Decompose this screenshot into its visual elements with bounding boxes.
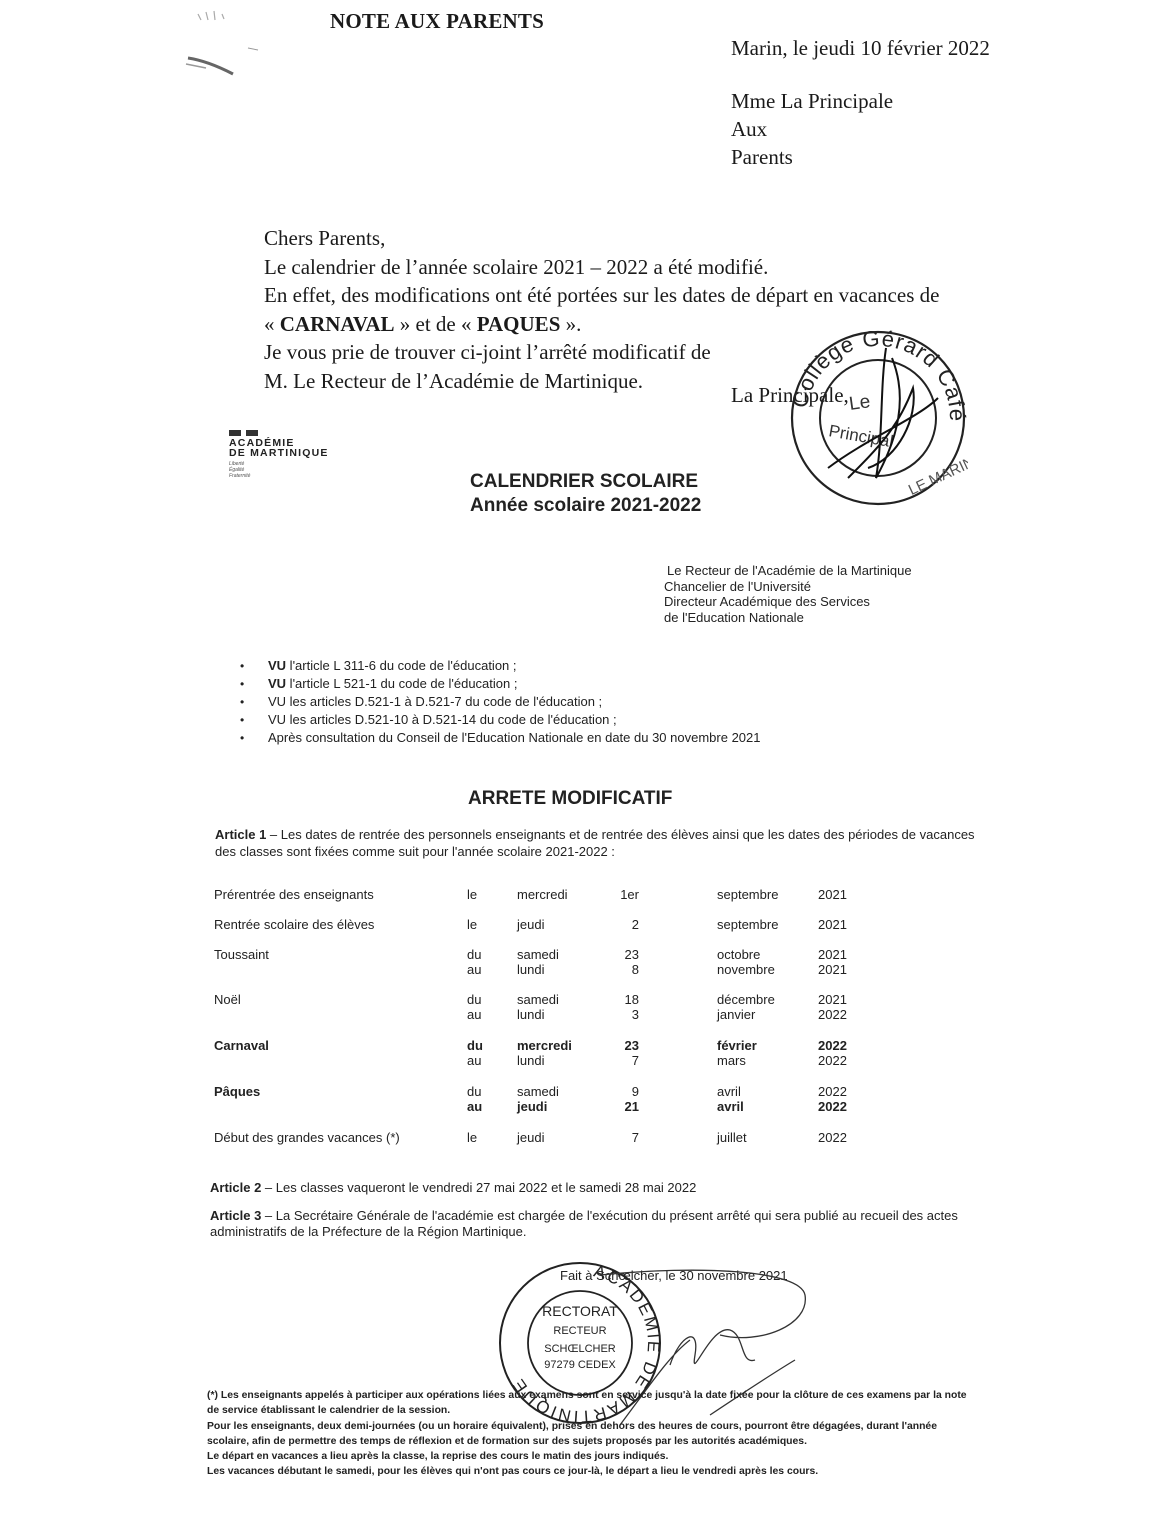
calendar-cell-prep: au [467, 1099, 482, 1114]
recteur-line: de l'Education Nationale [664, 610, 912, 626]
svg-text:Le: Le [848, 391, 872, 415]
calendar-cell-month: avril [717, 1084, 741, 1099]
calendar-cell-day: samedi [517, 947, 559, 962]
footnote: Le départ en vacances a lieu après la cl… [207, 1449, 977, 1464]
footnotes: (*) Les enseignants appelés à participer… [207, 1388, 977, 1480]
article-label: Article 2 [210, 1180, 261, 1195]
svg-text:Collège Gérard Café: Collège Gérard Café [788, 328, 968, 422]
calendar-cell-prep: au [467, 962, 481, 977]
carnaval-emphasis: CARNAVAL [280, 312, 395, 336]
salutation: Chers Parents, [264, 224, 939, 253]
letter-date: Marin, le jeudi 10 février 2022 [731, 36, 990, 61]
calendar-row: aulundi8novembre2021 [214, 962, 874, 978]
calendar-cell-label: Toussaint [214, 947, 269, 962]
calendar-cell-month: juillet [717, 1130, 747, 1145]
calendar-cell-day: jeudi [517, 1130, 544, 1145]
calendar-cell-month: janvier [717, 1007, 755, 1022]
calendar-row: aujeudi21avril2022 [214, 1099, 874, 1115]
logo-motto: Liberté Égalité Fraternité [229, 461, 329, 479]
vu-keyword: VU [268, 676, 286, 691]
calendar-cell-day: jeudi [517, 917, 544, 932]
calendar-cell-label: Pâques [214, 1084, 260, 1099]
calendar-row: Pâquesdusamedi9avril2022 [214, 1084, 874, 1100]
calendar-cell-num: 3 [609, 1007, 639, 1022]
calendar-cell-year: 2021 [818, 917, 847, 932]
calendar-cell-day: lundi [517, 962, 544, 977]
footnote: Pour les enseignants, deux demi-journées… [207, 1419, 977, 1450]
paques-emphasis: PAQUES [477, 312, 561, 336]
calendar-header: CALENDRIER SCOLAIRE Année scolaire 2021-… [470, 470, 701, 518]
calendar-cell-num: 2 [609, 917, 639, 932]
calendar-cell-month: décembre [717, 992, 775, 1007]
calendar-title: CALENDRIER SCOLAIRE [470, 470, 701, 494]
article-text: – La Secrétaire Générale de l'académie e… [210, 1208, 958, 1239]
calendar-row: Rentrée scolaire des élèveslejeudi2septe… [214, 917, 874, 933]
article-1: Article 1 – Les dates de rentrée des per… [215, 826, 975, 860]
calendar-cell-year: 2021 [818, 887, 847, 902]
scan-smudge [178, 6, 268, 76]
address-line: Parents [731, 143, 893, 171]
calendar-cell-year: 2022 [818, 1099, 847, 1114]
calendar-cell-day: samedi [517, 1084, 559, 1099]
calendar-cell-month: septembre [717, 887, 778, 902]
calendar-cell-month: septembre [717, 917, 778, 932]
arrete-title: ARRETE MODIFICATIF [468, 788, 672, 810]
vu-item: VU les articles D.521-1 à D.521-7 du cod… [240, 693, 760, 711]
calendar-cell-prep: le [467, 1130, 477, 1145]
calendar-cell-num: 7 [609, 1053, 639, 1068]
article-2: Article 2 – Les classes vaqueront le ven… [210, 1180, 696, 1195]
vu-text: VU les articles D.521-1 à D.521-7 du cod… [268, 694, 602, 709]
svg-text:LE MARIN: LE MARIN [906, 454, 968, 499]
vu-item: VU l'article L 311-6 du code de l'éducat… [240, 657, 760, 675]
calendar-cell-prep: du [467, 947, 481, 962]
article-text: – Les dates de rentrée des personnels en… [215, 827, 975, 859]
article-label: Article 1 [215, 827, 266, 842]
calendar-row: Noëldusamedi18décembre2021 [214, 992, 874, 1008]
calendar-cell-year: 2022 [818, 1053, 847, 1068]
calendar-cell-num: 9 [609, 1084, 639, 1099]
calendar-cell-prep: du [467, 1038, 483, 1053]
calendar-cell-num: 8 [609, 962, 639, 977]
calendar-cell-day: mercredi [517, 1038, 572, 1053]
motto-line: Fraternité [229, 473, 329, 479]
logo-name-line: DE MARTINIQUE [229, 448, 329, 458]
calendar-row: Toussaintdusamedi23octobre2021 [214, 947, 874, 963]
calendar-cell-prep: le [467, 917, 477, 932]
calendar-cell-prep: du [467, 992, 481, 1007]
recteur-line: Directeur Académique des Services [664, 594, 912, 610]
marianne-flag-icon [229, 430, 329, 436]
calendar-cell-num: 21 [609, 1099, 639, 1114]
footnote: Les vacances débutant le samedi, pour le… [207, 1464, 977, 1479]
calendar-cell-year: 2022 [818, 1130, 847, 1145]
calendar-cell-num: 23 [609, 1038, 639, 1053]
letter-address: Mme La Principale Aux Parents [731, 87, 893, 171]
text: ». [560, 312, 581, 336]
calendar-cell-label: Rentrée scolaire des élèves [214, 917, 374, 932]
vu-item: Après consultation du Conseil de l'Educa… [240, 729, 760, 747]
calendar-cell-year: 2022 [818, 1084, 847, 1099]
vu-list: VU l'article L 311-6 du code de l'éducat… [240, 657, 760, 747]
calendar-cell-label: Carnaval [214, 1038, 269, 1053]
calendar-row: aulundi7mars2022 [214, 1053, 874, 1069]
footnote: (*) Les enseignants appelés à participer… [207, 1388, 977, 1419]
calendar-cell-day: jeudi [517, 1099, 547, 1114]
calendar-cell-day: samedi [517, 992, 559, 1007]
calendar-cell-year: 2022 [818, 1007, 847, 1022]
college-stamp: Collège Gérard Café LE MARIN Le Principa… [788, 328, 968, 508]
calendar-cell-num: 1er [609, 887, 639, 902]
letter-line: Le calendrier de l’année scolaire 2021 –… [264, 253, 939, 282]
academie-logo: ACADÉMIE DE MARTINIQUE Liberté Égalité F… [229, 430, 329, 479]
calendar-cell-month: février [717, 1038, 757, 1053]
vu-text: Après consultation du Conseil de l'Educa… [268, 730, 760, 745]
address-line: Mme La Principale [731, 87, 893, 115]
calendar-cell-num: 18 [609, 992, 639, 1007]
calendar-row: Carnavaldumercredi23février2022 [214, 1038, 874, 1054]
calendar-cell-month: novembre [717, 962, 775, 977]
article-3: Article 3 – La Secrétaire Générale de l'… [210, 1208, 970, 1240]
article-text: – Les classes vaqueront le vendredi 27 m… [261, 1180, 696, 1195]
address-line: Aux [731, 115, 893, 143]
calendar-cell-label: Début des grandes vacances (*) [214, 1130, 400, 1145]
calendar-cell-prep: du [467, 1084, 481, 1099]
calendar-row: Début des grandes vacances (*)lejeudi7ju… [214, 1130, 874, 1146]
vu-item: VU les articles D.521-10 à D.521-14 du c… [240, 711, 760, 729]
stamp-ring-text: Collège Gérard Café [788, 328, 968, 422]
calendar-cell-day: mercredi [517, 887, 568, 902]
vu-text: l'article L 311-6 du code de l'éducation… [286, 658, 516, 673]
vu-keyword: VU [268, 658, 286, 673]
calendar-cell-year: 2022 [818, 1038, 847, 1053]
calendar-cell-month: avril [717, 1099, 744, 1114]
recteur-block: Le Recteur de l'Académie de la Martiniqu… [664, 563, 912, 625]
calendar-cell-prep: au [467, 1053, 481, 1068]
calendar-row: Prérentrée des enseignantslemercredi1ers… [214, 887, 874, 903]
calendar-cell-day: lundi [517, 1007, 544, 1022]
calendar-cell-num: 23 [609, 947, 639, 962]
calendar-cell-label: Noël [214, 992, 241, 1007]
calendar-cell-year: 2021 [818, 947, 847, 962]
calendar-cell-year: 2021 [818, 962, 847, 977]
text: » et de « [395, 312, 477, 336]
vu-text: l'article L 521-1 du code de l'éducation… [286, 676, 517, 691]
calendar-cell-prep: le [467, 887, 477, 902]
article-label: Article 3 [210, 1208, 261, 1223]
calendar-cell-day: lundi [517, 1053, 544, 1068]
calendar-cell-month: octobre [717, 947, 760, 962]
note-title: NOTE AUX PARENTS [330, 9, 544, 34]
calendar-subtitle: Année scolaire 2021-2022 [470, 494, 701, 518]
calendar-cell-year: 2021 [818, 992, 847, 1007]
calendar-cell-prep: au [467, 1007, 481, 1022]
calendar-row: aulundi3janvier2022 [214, 1007, 874, 1023]
calendar-cell-num: 7 [609, 1130, 639, 1145]
vu-text: VU les articles D.521-10 à D.521-14 du c… [268, 712, 617, 727]
text: « [264, 312, 280, 336]
recteur-line: Le Recteur de l'Académie de la Martiniqu… [664, 563, 912, 579]
recteur-line: Chancelier de l'Université [664, 579, 912, 595]
letter-line: En effet, des modifications ont été port… [264, 281, 939, 310]
calendar-cell-label: Prérentrée des enseignants [214, 887, 374, 902]
vu-item: VU l'article L 521-1 du code de l'éducat… [240, 675, 760, 693]
calendar-cell-month: mars [717, 1053, 746, 1068]
